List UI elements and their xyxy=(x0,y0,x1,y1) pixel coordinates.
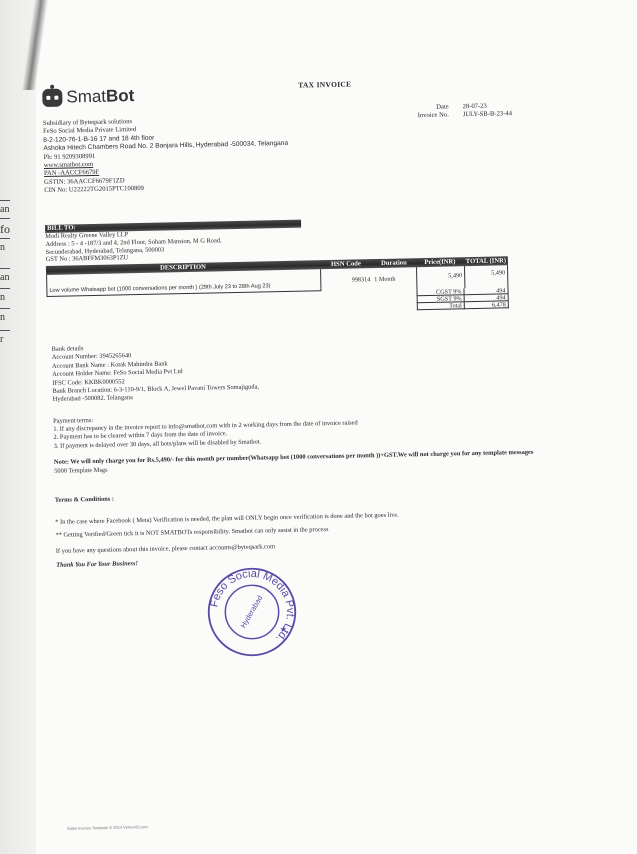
edge-rule xyxy=(0,330,10,331)
edge-fragment: n xyxy=(0,312,5,323)
bank-details: Bank details Account Number: 3945265640 … xyxy=(52,342,260,405)
document-title: TAX INVOICE xyxy=(298,80,351,90)
total-label: Total xyxy=(417,302,465,310)
robot-head-icon xyxy=(42,89,62,107)
edge-fragment: n xyxy=(0,242,5,253)
scanned-page: an fo n an n n r SmatBot TAX INVOICE Sub… xyxy=(0,0,637,854)
edge-rule xyxy=(0,200,10,201)
item-duration: 1 Month xyxy=(372,267,416,290)
invoice-number-value: JULY-SB-B-23-44 xyxy=(463,110,512,119)
invoice-document: SmatBot TAX INVOICE Subsidiary of Byteqs… xyxy=(42,68,602,80)
terms-item: ** Getting Verified/Green tick it is NOT… xyxy=(55,525,399,540)
company-stamp: Feso Social Media Pvt. Ltd. Hyderabad ★ xyxy=(206,566,298,658)
invoice-meta: Date28-07-23 Invoice No.JULY-SB-B-23-44 xyxy=(403,102,512,120)
terms-title: Terms & Conditions : xyxy=(55,490,399,505)
invoice-number-label: Invoice No. xyxy=(403,111,449,120)
contact-line: If you have any questions about this inv… xyxy=(56,541,400,556)
bill-to-block: Modi Realty Greene Valley LLP Address : … xyxy=(45,229,222,264)
charge-note: Note: We will only charge you for Rs.5,4… xyxy=(54,448,534,476)
edge-fragment: r xyxy=(0,334,3,345)
note-label: Note: xyxy=(54,459,69,466)
brand-logo: SmatBot xyxy=(42,86,134,108)
edge-rule xyxy=(0,308,10,309)
terms-item: * In the case where Facebook ( Meta) Ver… xyxy=(55,512,399,527)
items-table: Low volume Whatsapp bot (1000 conversati… xyxy=(46,265,509,318)
item-price: 5,490 xyxy=(416,266,464,289)
stamp-inner-text: Hyderabad xyxy=(239,594,265,630)
item-hsn: 998314 xyxy=(320,268,372,291)
edge-rule xyxy=(0,268,10,269)
payment-terms: Payment terms: 1. If any discrepancy in … xyxy=(53,411,358,450)
terms-conditions: Terms & Conditions : * In the case where… xyxy=(55,490,400,575)
brand-name: SmatBot xyxy=(66,86,134,107)
edge-fragment: an xyxy=(0,272,9,283)
adjacent-page-edge xyxy=(0,0,36,854)
edge-rule xyxy=(0,288,10,289)
stamp-star-icon: ★ xyxy=(280,625,287,634)
template-footer: Sales Invoice Template © 2014 Vertex42.c… xyxy=(67,824,148,831)
edge-rule xyxy=(0,238,10,239)
total-value: 6,478 xyxy=(465,301,509,309)
edge-fragment: n xyxy=(0,292,5,303)
edge-fragment: fo xyxy=(0,222,10,237)
edge-fragment: an xyxy=(0,204,9,215)
edge-rule xyxy=(0,218,10,219)
item-total: 5,490 xyxy=(464,265,508,288)
company-details: Subsidiary of Byteqsark solutions FeSo S… xyxy=(43,115,289,196)
